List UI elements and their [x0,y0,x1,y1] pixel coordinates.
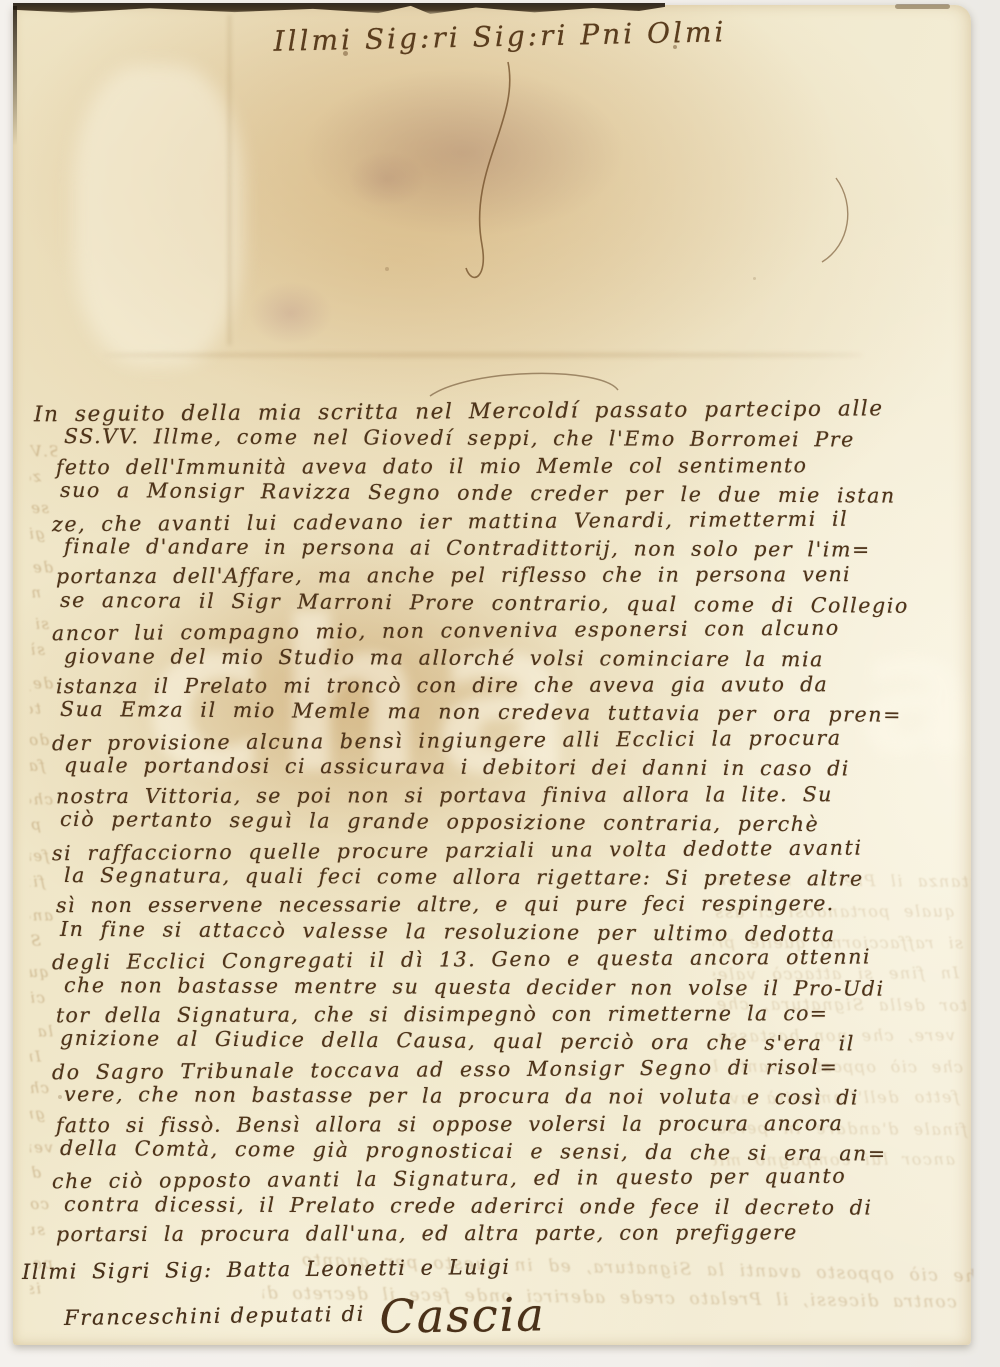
letter-line: quale portandosi ci assicurava i debitor… [64,752,968,783]
signature-line: Franceschini deputati di Cascia [64,1284,783,1348]
letter-closing: Illmi Sigri Sig: Batta Leonetti e Luigi … [22,1256,782,1343]
letter-line: che non bastasse mentre su questa decide… [64,972,968,1003]
letter-line: vere, che non bastasse per la procura da… [64,1081,968,1112]
fold-crease-vertical [228,15,231,345]
letter-line: portarsi la procura dall'una, ed altra p… [56,1219,968,1249]
ink-speck [753,277,756,280]
signature-place: Cascia [379,1287,546,1343]
letter-line: portanza dell'Affare, ma anche pel rifle… [56,561,968,591]
letter-body-text: In seguito della mia scritta nel Mercold… [48,398,968,1248]
paper-stain [73,65,243,365]
letter-line: finale d'andare in persona ai Contraditt… [64,533,968,564]
letter-line: SS.VV. Illme, come nel Giovedí seppi, ch… [64,423,968,454]
torn-dark-edge-fragment [895,4,950,9]
signature-line: Illmi Sigri Sig: Batta Leonetti e Luigi [22,1252,782,1284]
letter-line: contra dicessi, il Prelato crede aderirc… [64,1191,968,1222]
scanned-letter-page: { "document": { "kind": "handwritten man… [0,0,1000,1367]
signature-text: Franceschini deputati di [64,1302,365,1330]
fold-crease-horizontal [103,353,863,357]
ink-speck [385,267,389,271]
letter-line: fatto si fissò. Bensì allora si oppose v… [56,1109,968,1139]
letter-line: giovane del mio Studio ma allorché volsi… [64,643,968,674]
torn-dark-left-edge [13,6,17,146]
letter-line: la Segnatura, quali feci come allora rig… [64,862,968,893]
letter-line: sì non esservene necessarie altre, e qui… [56,890,968,920]
